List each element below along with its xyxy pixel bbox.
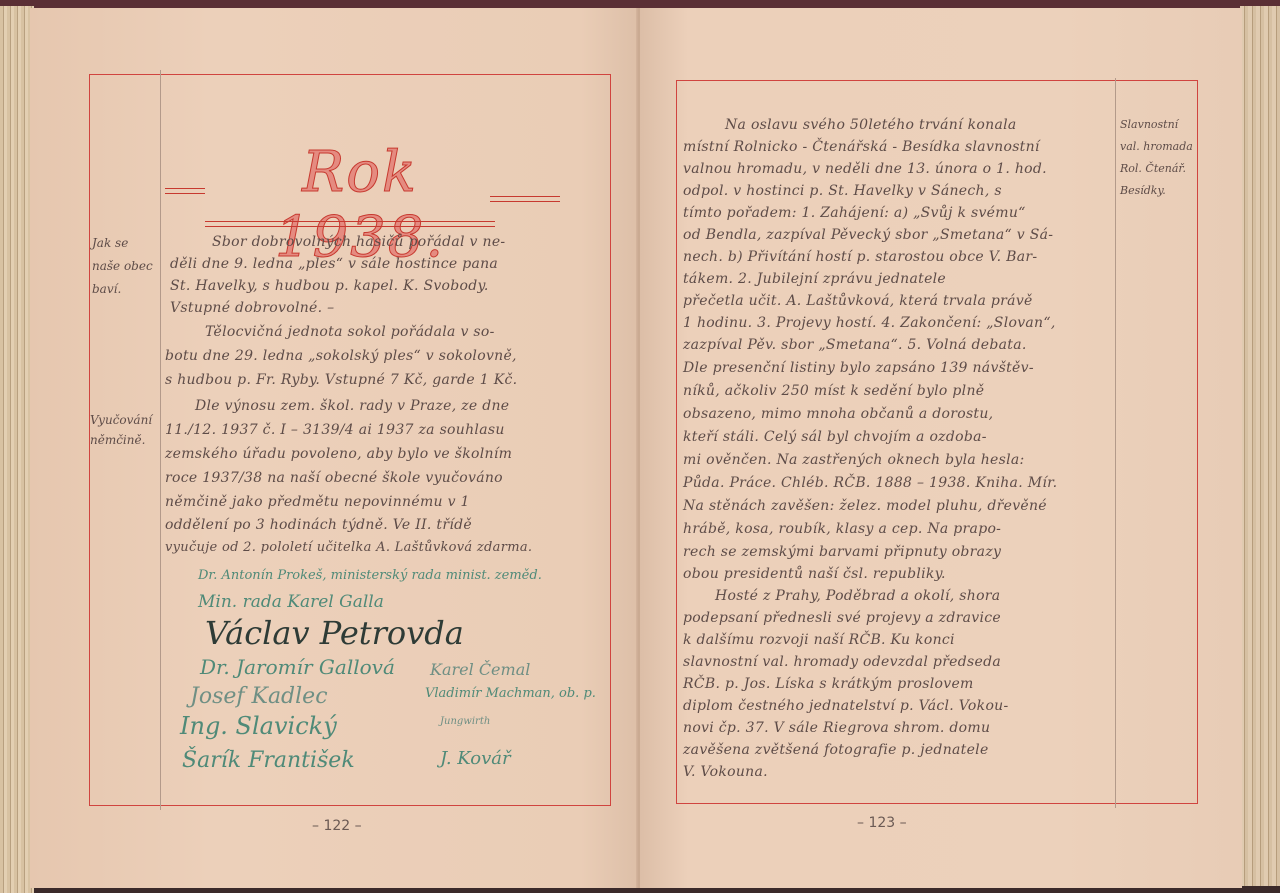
text-line: obsazeno, mimo mnoha občanů a dorostu, — [683, 406, 993, 422]
text-line: obou presidentů naší čsl. republiky. — [683, 566, 946, 582]
text-line: Sbor dobrovolných hasičů pořádal v ne- — [212, 234, 505, 250]
text-line: Hosté z Prahy, Poděbrad a okolí, shora — [715, 588, 1000, 604]
text-line: od Bendla, zazpíval Pěvecký sbor „Smetan… — [683, 227, 1053, 243]
page-stack-right — [1240, 6, 1280, 886]
right-margin-rule — [1115, 78, 1116, 808]
text-line: kteří stáli. Celý sál byl chvojím a ozdo… — [683, 429, 987, 445]
text-line: mi ověnčen. Na zastřených oknech byla he… — [683, 452, 1025, 468]
text-line: novi čp. 37. V sále Riegrova shrom. domu — [683, 720, 990, 736]
title-underline — [205, 221, 495, 227]
page-number-left: – 122 – — [312, 818, 362, 834]
text-line: podepsaní přednesli své projevy a zdravi… — [683, 610, 1001, 626]
text-line: níků, ačkoliv 250 míst k sedění bylo pln… — [683, 383, 984, 399]
open-book: Rok 1938. Jak se naše obec baví. Vyučová… — [0, 0, 1280, 893]
text-line: rech se zemskými barvami připnuty obrazy — [683, 544, 1001, 560]
margin-note-entertainment: Jak se naše obec baví. — [92, 232, 158, 301]
text-line: tímto pořadem: 1. Zahájení: a) „Svůj k s… — [683, 205, 1026, 221]
margin-note-celebration: Slavnostní val. hromada Rol. Čtenář. Bes… — [1120, 114, 1200, 202]
page-title: Rok 1938. — [220, 140, 500, 270]
text-line: St. Havelky, s hudbou p. kapel. K. Svobo… — [170, 278, 489, 294]
text-line: místní Rolnicko - Čtenářská - Besídka sl… — [683, 139, 1040, 155]
text-line: odpol. v hostinci p. St. Havelky v Sánec… — [683, 183, 1002, 199]
text-line: slavnostní val. hromady odevzdal předsed… — [683, 654, 1001, 670]
signature: Šarík František — [182, 748, 355, 773]
text-line: Dle výnosu zem. škol. rady v Praze, ze d… — [195, 398, 509, 414]
text-line: Dle presenční listiny bylo zapsáno 139 n… — [683, 360, 1034, 376]
text-line: vyučuje od 2. pololetí učitelka A. Laštů… — [165, 540, 532, 555]
signature: Min. rada Karel Galla — [198, 592, 384, 612]
signature: Ing. Slavický — [180, 712, 337, 740]
signature: Vladimír Machman, ob. p. — [425, 686, 596, 701]
text-line: hrábě, kosa, roubík, klasy a cep. Na pra… — [683, 521, 1001, 537]
signature: Dr. Antonín Prokeš, ministerský rada min… — [198, 568, 542, 583]
text-line: valnou hromadu, v neděli dne 13. února o… — [683, 161, 1047, 177]
text-line: nech. b) Přivítání hostí p. starostou ob… — [683, 249, 1037, 265]
text-line: tákem. 2. Jubilejní zprávu jednatele — [683, 271, 946, 287]
signature: Karel Čemal — [430, 660, 530, 679]
signature: J. Kovář — [440, 748, 511, 769]
text-line: přečetla učit. A. Laštůvková, která trva… — [683, 293, 1033, 309]
title-dash-right — [490, 196, 560, 202]
text-line: zazpíval Pěv. sbor „Smetana“. 5. Volná d… — [683, 337, 1027, 353]
signature: Jungwirth — [440, 716, 490, 727]
text-line: Tělocvičná jednota sokol pořádala v so- — [205, 324, 495, 340]
text-line: 1 hodinu. 3. Projevy hostí. 4. Zakončení… — [683, 315, 1056, 331]
text-line: němčině jako předmětu nepovinnému v 1 — [165, 494, 470, 510]
text-line: Vstupné dobrovolné. – — [170, 300, 334, 316]
text-line: děli dne 9. ledna „ples“ v sále hostince… — [170, 256, 498, 272]
text-line: zavěšena zvětšená fotografie p. jednatel… — [683, 742, 989, 758]
signature: Josef Kadlec — [190, 684, 328, 709]
margin-note-german-lessons: Vyučování němčině. — [90, 410, 158, 450]
text-line: RČB. p. Jos. Líska s krátkým proslovem — [683, 676, 974, 692]
text-line: 11./12. 1937 č. I – 3139/4 ai 1937 za so… — [165, 422, 505, 438]
text-line: s hudbou p. Fr. Ryby. Vstupné 7 Kč, gard… — [165, 372, 517, 388]
left-margin-rule — [160, 70, 161, 810]
text-line: V. Vokouna. — [683, 764, 768, 780]
text-line: Na oslavu svého 50letého trvání konala — [725, 117, 1017, 133]
text-line: botu dne 29. ledna „sokolský ples“ v sok… — [165, 348, 517, 364]
signature: Václav Petrovda — [205, 614, 464, 652]
text-line: diplom čestného jednatelství p. Václ. Vo… — [683, 698, 1009, 714]
text-line: Půda. Práce. Chléb. RČB. 1888 – 1938. Kn… — [683, 475, 1057, 491]
text-line: zemského úřadu povoleno, aby bylo ve ško… — [165, 446, 512, 462]
page-number-right: – 123 – — [857, 815, 907, 831]
page-stack-left — [0, 6, 34, 893]
title-dash-left — [165, 188, 205, 194]
text-line: roce 1937/38 na naší obecné škole vyučov… — [165, 470, 503, 486]
text-line: k dalšímu rozvoji naší RČB. Ku konci — [683, 632, 955, 648]
text-line: Na stěnách zavěšen: želez. model pluhu, … — [683, 498, 1047, 514]
signature: Dr. Jaromír Gallová — [200, 655, 395, 679]
text-line: oddělení po 3 hodinách týdně. Ve II. tří… — [165, 517, 472, 533]
